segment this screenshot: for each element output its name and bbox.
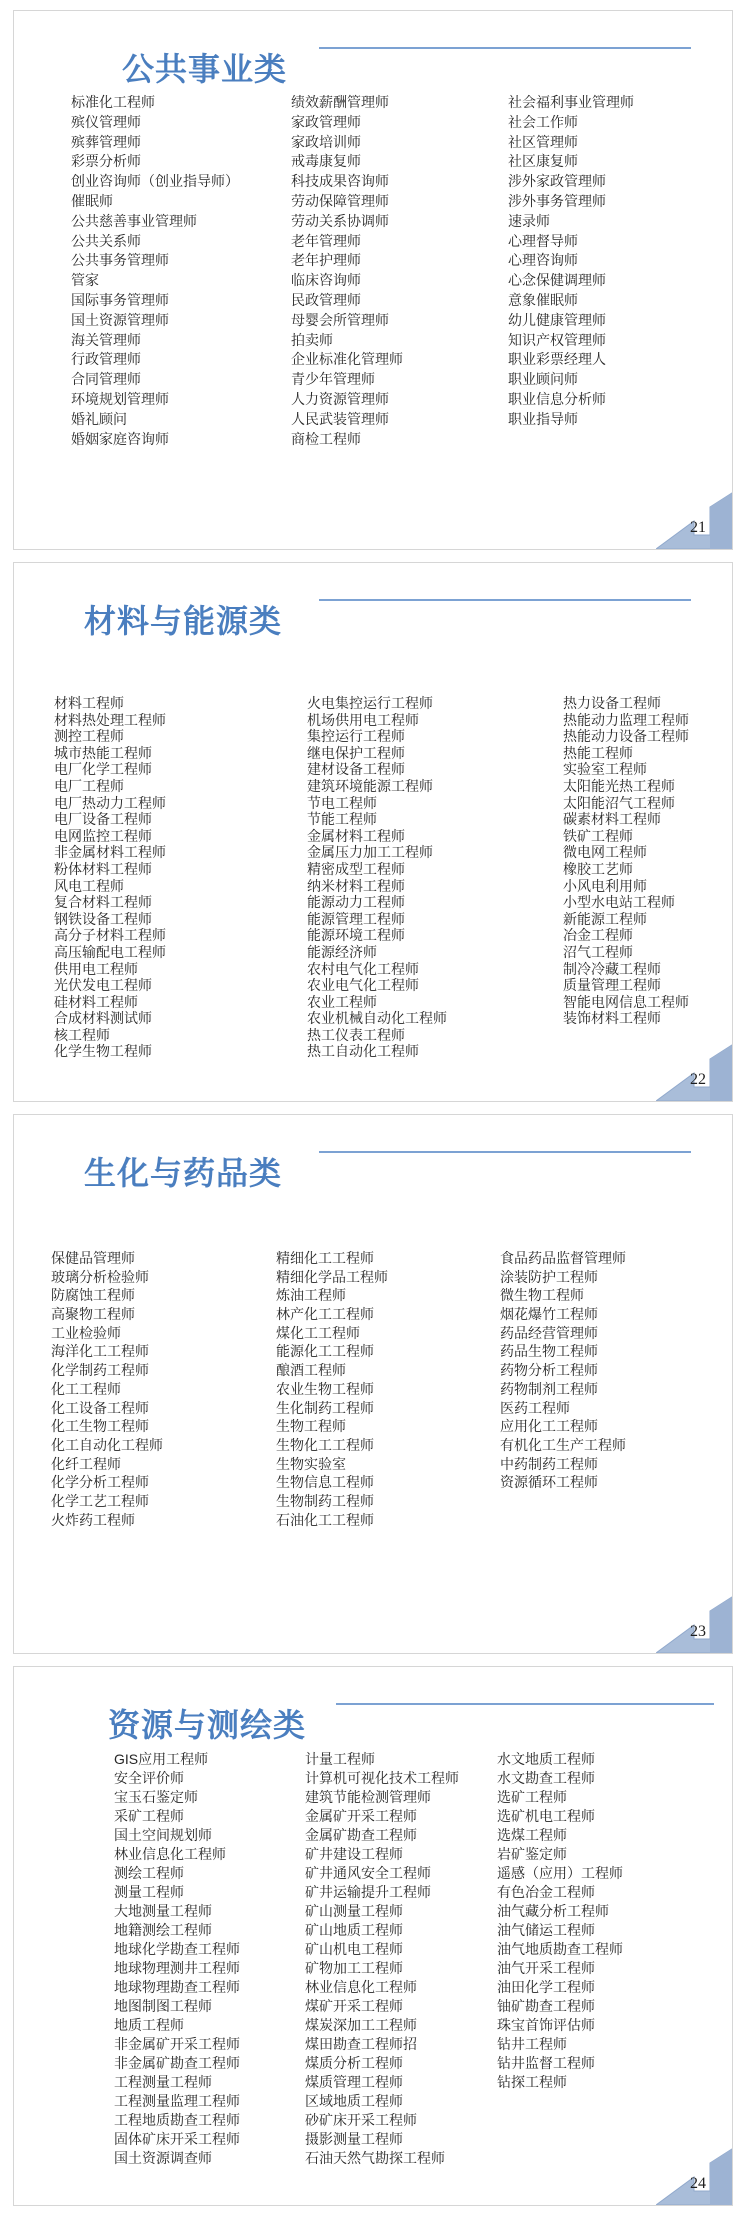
job-item: 矿山地质工程师 — [305, 1921, 459, 1940]
job-item: 人民武装管理师 — [291, 410, 403, 430]
job-item: 油气储运工程师 — [497, 1921, 623, 1940]
job-item: 国土资源调查师 — [114, 2149, 240, 2168]
job-column-2: 计量工程师计算机可视化技术工程师建筑节能检测管理师金属矿开采工程师金属矿勘查工程… — [305, 1750, 459, 2168]
job-item: 标准化工程师 — [71, 93, 239, 113]
job-item: 林产化工工程师 — [276, 1305, 388, 1324]
job-column-3: 水文地质工程师水文勘查工程师选矿工程师选矿机电工程师选煤工程师岩矿鉴定师遥感（应… — [497, 1750, 623, 2092]
job-item: 城市热能工程师 — [54, 745, 166, 762]
job-item: 殡仪管理师 — [71, 113, 239, 133]
job-item: 智能电网信息工程师 — [563, 994, 689, 1011]
job-item: 电厂工程师 — [54, 778, 166, 795]
job-item: 职业信息分析师 — [508, 390, 634, 410]
job-item: 老年管理师 — [291, 232, 403, 252]
job-item: 地球物理勘查工程师 — [114, 1978, 240, 1997]
job-item: 新能源工程师 — [563, 911, 689, 928]
job-item: 小型水电站工程师 — [563, 894, 689, 911]
job-column-1: 保健品管理师玻璃分析检验师防腐蚀工程师高聚物工程师工业检验师海洋化工工程师化学制… — [51, 1249, 163, 1529]
job-item: 劳动保障管理师 — [291, 192, 403, 212]
job-item: 意象催眠师 — [508, 291, 634, 311]
job-item: 能源环境工程师 — [307, 927, 447, 944]
job-item: 材料工程师 — [54, 695, 166, 712]
job-item: 药品经营管理师 — [500, 1324, 626, 1343]
title-rule-line — [319, 47, 691, 49]
job-item: 高聚物工程师 — [51, 1305, 163, 1324]
job-item: 制冷冷藏工程师 — [563, 961, 689, 978]
job-item: 社会福利事业管理师 — [508, 93, 634, 113]
job-item: 选煤工程师 — [497, 1826, 623, 1845]
job-item: 铁矿工程师 — [563, 828, 689, 845]
job-item: 炼油工程师 — [276, 1286, 388, 1305]
title-rule-line — [336, 1703, 714, 1705]
job-item: 摄影测量工程师 — [305, 2130, 459, 2149]
job-item: 非金属材料工程师 — [54, 844, 166, 861]
job-item: 公共事务管理师 — [71, 251, 239, 271]
job-item: 材料热处理工程师 — [54, 712, 166, 729]
page-number: 21 — [690, 519, 706, 537]
job-item: 涉外事务管理师 — [508, 192, 634, 212]
job-item: 家政培训师 — [291, 133, 403, 153]
job-item: 创业咨询师（创业指导师） — [71, 172, 239, 192]
job-item: 国土资源管理师 — [71, 311, 239, 331]
job-item: 工程测量监理工程师 — [114, 2092, 240, 2111]
job-item: 固体矿床开采工程师 — [114, 2130, 240, 2149]
job-item: 测绘工程师 — [114, 1864, 240, 1883]
job-item: 供用电工程师 — [54, 961, 166, 978]
job-item: 生物化工工程师 — [276, 1436, 388, 1455]
job-item: 能源化工工程师 — [276, 1342, 388, 1361]
job-item: 装饰材料工程师 — [563, 1010, 689, 1027]
job-item: 有机化工生产工程师 — [500, 1436, 626, 1455]
job-item: 食品药品监督管理师 — [500, 1249, 626, 1268]
job-item: 岩矿鉴定师 — [497, 1845, 623, 1864]
job-item: 矿山机电工程师 — [305, 1940, 459, 1959]
job-item: 保健品管理师 — [51, 1249, 163, 1268]
page-number: 23 — [690, 1623, 706, 1641]
job-item: 化学制药工程师 — [51, 1361, 163, 1380]
title-rule-line — [319, 1151, 691, 1153]
job-item: 风电工程师 — [54, 878, 166, 895]
job-item: 水文勘查工程师 — [497, 1769, 623, 1788]
job-item: 烟花爆竹工程师 — [500, 1305, 626, 1324]
job-item: 公共慈善事业管理师 — [71, 212, 239, 232]
job-item: 质量管理工程师 — [563, 977, 689, 994]
job-item: 地籍测绘工程师 — [114, 1921, 240, 1940]
job-item: 高压输配电工程师 — [54, 944, 166, 961]
job-item: 珠宝首饰评估师 — [497, 2016, 623, 2035]
job-item: 婚姻家庭咨询师 — [71, 430, 239, 450]
job-item: 涉外家政管理师 — [508, 172, 634, 192]
job-item: 工程测量工程师 — [114, 2073, 240, 2092]
job-item: 心理督导师 — [508, 232, 634, 252]
job-item: 农业生物工程师 — [276, 1380, 388, 1399]
job-item: 心理咨询师 — [508, 251, 634, 271]
job-item: 碳素材料工程师 — [563, 811, 689, 828]
job-item: 戒毒康复师 — [291, 152, 403, 172]
job-item: 遥感（应用）工程师 — [497, 1864, 623, 1883]
job-item: 高分子材料工程师 — [54, 927, 166, 944]
job-item: 煤质管理工程师 — [305, 2073, 459, 2092]
job-item: 油气开采工程师 — [497, 1959, 623, 1978]
job-item: 生物信息工程师 — [276, 1473, 388, 1492]
job-item: 硅材料工程师 — [54, 994, 166, 1011]
page-number: 24 — [690, 2175, 706, 2193]
job-item: 环境规划管理师 — [71, 390, 239, 410]
job-item: 橡胶工艺师 — [563, 861, 689, 878]
job-item: 微电网工程师 — [563, 844, 689, 861]
job-item: 化工工程师 — [51, 1380, 163, 1399]
job-item: 有色冶金工程师 — [497, 1883, 623, 1902]
job-item: 热能动力设备工程师 — [563, 728, 689, 745]
job-item: 母婴会所管理师 — [291, 311, 403, 331]
job-item: 煤化工工程师 — [276, 1324, 388, 1343]
job-item: 精密成型工程师 — [307, 861, 447, 878]
job-item: 非金属矿勘查工程师 — [114, 2054, 240, 2073]
job-item: 热力设备工程师 — [563, 695, 689, 712]
job-item: 小风电利用师 — [563, 878, 689, 895]
job-item: 金属矿勘查工程师 — [305, 1826, 459, 1845]
job-column-3: 食品药品监督管理师涂装防护工程师微生物工程师烟花爆竹工程师药品经营管理师药品生物… — [500, 1249, 626, 1492]
job-column-2: 火电集控运行工程师机场供用电工程师集控运行工程师继电保护工程师建材设备工程师建筑… — [307, 695, 447, 1060]
job-item: 农业机械自动化工程师 — [307, 1010, 447, 1027]
job-column-2: 绩效薪酬管理师家政管理师家政培训师戒毒康复师科技成果咨询师劳动保障管理师劳动关系… — [291, 93, 403, 449]
job-item: 矿山测量工程师 — [305, 1902, 459, 1921]
job-item: 纳米材料工程师 — [307, 878, 447, 895]
job-item: 计量工程师 — [305, 1750, 459, 1769]
job-column-3: 热力设备工程师热能动力监理工程师热能动力设备工程师热能工程师实验室工程师太阳能光… — [563, 695, 689, 1027]
job-item: 光伏发电工程师 — [54, 977, 166, 994]
job-item: 职业顾问师 — [508, 370, 634, 390]
title-rule-line — [319, 599, 691, 601]
job-item: 建筑环境能源工程师 — [307, 778, 447, 795]
job-item: 热能动力监理工程师 — [563, 712, 689, 729]
slide-page-22: 材料与能源类 材料工程师材料热处理工程师测控工程师城市热能工程师电厂化学工程师电… — [13, 562, 733, 1102]
job-item: 建筑节能检测管理师 — [305, 1788, 459, 1807]
job-item: 电厂热动力工程师 — [54, 795, 166, 812]
job-item: 社区康复师 — [508, 152, 634, 172]
job-item: 公共关系师 — [71, 232, 239, 252]
job-item: 化学分析工程师 — [51, 1473, 163, 1492]
job-item: 钢铁设备工程师 — [54, 911, 166, 928]
job-item: 心念保健调理师 — [508, 271, 634, 291]
job-item: 火电集控运行工程师 — [307, 695, 447, 712]
job-item: 林业信息化工程师 — [114, 1845, 240, 1864]
job-item: 彩票分析师 — [71, 152, 239, 172]
job-item: 砂矿床开采工程师 — [305, 2111, 459, 2130]
job-item: 职业彩票经理人 — [508, 350, 634, 370]
job-item: 煤炭深加工工程师 — [305, 2016, 459, 2035]
job-item: 人力资源管理师 — [291, 390, 403, 410]
job-item: 化学工艺工程师 — [51, 1492, 163, 1511]
job-item: 微生物工程师 — [500, 1286, 626, 1305]
job-item: 民政管理师 — [291, 291, 403, 311]
job-item: 煤矿开采工程师 — [305, 1997, 459, 2016]
job-item: 精细化学品工程师 — [276, 1268, 388, 1287]
job-item: 地球物理测井工程师 — [114, 1959, 240, 1978]
job-item: 选矿机电工程师 — [497, 1807, 623, 1826]
job-item: 老年护理师 — [291, 251, 403, 271]
job-item: 电厂设备工程师 — [54, 811, 166, 828]
job-item: 绩效薪酬管理师 — [291, 93, 403, 113]
job-item: 建材设备工程师 — [307, 761, 447, 778]
section-title: 资源与测绘类 — [108, 1700, 306, 1746]
job-item: 应用化工工程师 — [500, 1417, 626, 1436]
job-item: 速录师 — [508, 212, 634, 232]
job-item: 工业检验师 — [51, 1324, 163, 1343]
job-item: 生物工程师 — [276, 1417, 388, 1436]
job-item: 海洋化工工程师 — [51, 1342, 163, 1361]
job-item: 玻璃分析检验师 — [51, 1268, 163, 1287]
job-item: 殡葬管理师 — [71, 133, 239, 153]
job-item: 太阳能沼气工程师 — [563, 795, 689, 812]
job-item: 生物实验室 — [276, 1455, 388, 1474]
job-item: 电网监控工程师 — [54, 828, 166, 845]
job-item: 计算机可视化技术工程师 — [305, 1769, 459, 1788]
job-item: 测量工程师 — [114, 1883, 240, 1902]
job-item: 社会工作师 — [508, 113, 634, 133]
job-item: 地质工程师 — [114, 2016, 240, 2035]
job-item: 能源管理工程师 — [307, 911, 447, 928]
job-item: 职业指导师 — [508, 410, 634, 430]
job-item: 节能工程师 — [307, 811, 447, 828]
job-item: 节电工程师 — [307, 795, 447, 812]
job-column-2: 精细化工工程师精细化学品工程师炼油工程师林产化工工程师煤化工工程师能源化工工程师… — [276, 1249, 388, 1529]
job-item: 矿井运输提升工程师 — [305, 1883, 459, 1902]
job-item: 复合材料工程师 — [54, 894, 166, 911]
job-item: 电厂化学工程师 — [54, 761, 166, 778]
job-item: 矿井建设工程师 — [305, 1845, 459, 1864]
job-item: 大地测量工程师 — [114, 1902, 240, 1921]
section-title: 公共事业类 — [122, 44, 287, 90]
job-item: 能源动力工程师 — [307, 894, 447, 911]
job-item: 青少年管理师 — [291, 370, 403, 390]
slide-page-23: 生化与药品类 保健品管理师玻璃分析检验师防腐蚀工程师高聚物工程师工业检验师海洋化… — [13, 1114, 733, 1654]
job-item: 行政管理师 — [71, 350, 239, 370]
job-item: 幼儿健康管理师 — [508, 311, 634, 331]
job-item: 火炸药工程师 — [51, 1511, 163, 1530]
job-item: 药物制剂工程师 — [500, 1380, 626, 1399]
job-item: 地球化学勘查工程师 — [114, 1940, 240, 1959]
job-item: 林业信息化工程师 — [305, 1978, 459, 1997]
job-item: 金属矿开采工程师 — [305, 1807, 459, 1826]
job-item: 农村电气化工程师 — [307, 961, 447, 978]
job-item: 机场供用电工程师 — [307, 712, 447, 729]
job-item: 热工仪表工程师 — [307, 1027, 447, 1044]
job-item: 药物分析工程师 — [500, 1361, 626, 1380]
job-item: 热工自动化工程师 — [307, 1043, 447, 1060]
job-item: GIS应用工程师 — [114, 1750, 240, 1769]
job-item: 药品生物工程师 — [500, 1342, 626, 1361]
job-item: 酿酒工程师 — [276, 1361, 388, 1380]
job-item: 核工程师 — [54, 1027, 166, 1044]
job-item: 钻井工程师 — [497, 2035, 623, 2054]
job-item: 继电保护工程师 — [307, 745, 447, 762]
job-item: 生物制药工程师 — [276, 1492, 388, 1511]
section-title: 材料与能源类 — [84, 596, 282, 642]
job-item: 企业标准化管理师 — [291, 350, 403, 370]
job-item: 矿井通风安全工程师 — [305, 1864, 459, 1883]
job-item: 资源循环工程师 — [500, 1473, 626, 1492]
job-item: 工程地质勘查工程师 — [114, 2111, 240, 2130]
job-item: 实验室工程师 — [563, 761, 689, 778]
job-item: 催眠师 — [71, 192, 239, 212]
job-item: 测控工程师 — [54, 728, 166, 745]
job-column-3: 社会福利事业管理师社会工作师社区管理师社区康复师涉外家政管理师涉外事务管理师速录… — [508, 93, 634, 430]
job-item: 石油化工工程师 — [276, 1511, 388, 1530]
job-item: 化纤工程师 — [51, 1455, 163, 1474]
job-item: 临床咨询师 — [291, 271, 403, 291]
job-item: 非金属矿开采工程师 — [114, 2035, 240, 2054]
job-item: 石油天然气勘探工程师 — [305, 2149, 459, 2168]
job-item: 中药制药工程师 — [500, 1455, 626, 1474]
job-item: 铀矿勘查工程师 — [497, 1997, 623, 2016]
slide-page-21: 公共事业类 标准化工程师殡仪管理师殡葬管理师彩票分析师创业咨询师（创业指导师）催… — [13, 10, 733, 550]
job-item: 粉体材料工程师 — [54, 861, 166, 878]
job-item: 国际事务管理师 — [71, 291, 239, 311]
job-item: 拍卖师 — [291, 331, 403, 351]
job-item: 婚礼顾问 — [71, 410, 239, 430]
job-item: 社区管理师 — [508, 133, 634, 153]
job-item: 科技成果咨询师 — [291, 172, 403, 192]
job-item: 矿物加工工程师 — [305, 1959, 459, 1978]
page-number: 22 — [690, 1071, 706, 1089]
job-item: 金属材料工程师 — [307, 828, 447, 845]
job-item: 合同管理师 — [71, 370, 239, 390]
job-item: 采矿工程师 — [114, 1807, 240, 1826]
job-item: 医药工程师 — [500, 1399, 626, 1418]
job-item: 农业工程师 — [307, 994, 447, 1011]
job-item: 油田化学工程师 — [497, 1978, 623, 1997]
job-item: 煤田勘查工程师招 — [305, 2035, 459, 2054]
job-item: 水文地质工程师 — [497, 1750, 623, 1769]
slide-page-24: 资源与测绘类 GIS应用工程师安全评价师宝玉石鉴定师采矿工程师国土空间规划师林业… — [13, 1666, 733, 2206]
job-item: 国土空间规划师 — [114, 1826, 240, 1845]
job-item: 化工生物工程师 — [51, 1417, 163, 1436]
job-column-1: 材料工程师材料热处理工程师测控工程师城市热能工程师电厂化学工程师电厂工程师电厂热… — [54, 695, 166, 1060]
job-item: 集控运行工程师 — [307, 728, 447, 745]
job-column-1: 标准化工程师殡仪管理师殡葬管理师彩票分析师创业咨询师（创业指导师）催眠师公共慈善… — [71, 93, 239, 449]
job-item: 宝玉石鉴定师 — [114, 1788, 240, 1807]
job-column-1: GIS应用工程师安全评价师宝玉石鉴定师采矿工程师国土空间规划师林业信息化工程师测… — [114, 1750, 240, 2168]
job-item: 热能工程师 — [563, 745, 689, 762]
job-item: 钻探工程师 — [497, 2073, 623, 2092]
job-item: 化学生物工程师 — [54, 1043, 166, 1060]
job-item: 防腐蚀工程师 — [51, 1286, 163, 1305]
job-item: 劳动关系协调师 — [291, 212, 403, 232]
job-item: 冶金工程师 — [563, 927, 689, 944]
job-item: 区域地质工程师 — [305, 2092, 459, 2111]
job-item: 能源经济师 — [307, 944, 447, 961]
job-item: 精细化工工程师 — [276, 1249, 388, 1268]
job-item: 家政管理师 — [291, 113, 403, 133]
job-item: 合成材料测试师 — [54, 1010, 166, 1027]
job-item: 知识产权管理师 — [508, 331, 634, 351]
job-item: 化工设备工程师 — [51, 1399, 163, 1418]
section-title: 生化与药品类 — [84, 1148, 282, 1194]
job-item: 商检工程师 — [291, 430, 403, 450]
job-item: 涂装防护工程师 — [500, 1268, 626, 1287]
job-item: 煤质分析工程师 — [305, 2054, 459, 2073]
job-item: 化工自动化工程师 — [51, 1436, 163, 1455]
job-item: 金属压力加工工程师 — [307, 844, 447, 861]
job-item: 油气地质勘查工程师 — [497, 1940, 623, 1959]
job-item: 油气藏分析工程师 — [497, 1902, 623, 1921]
job-item: 安全评价师 — [114, 1769, 240, 1788]
job-item: 选矿工程师 — [497, 1788, 623, 1807]
job-item: 地图制图工程师 — [114, 1997, 240, 2016]
job-item: 生化制药工程师 — [276, 1399, 388, 1418]
job-item: 海关管理师 — [71, 331, 239, 351]
job-item: 太阳能光热工程师 — [563, 778, 689, 795]
job-item: 沼气工程师 — [563, 944, 689, 961]
job-item: 农业电气化工程师 — [307, 977, 447, 994]
job-item: 管家 — [71, 271, 239, 291]
job-item: 钻井监督工程师 — [497, 2054, 623, 2073]
